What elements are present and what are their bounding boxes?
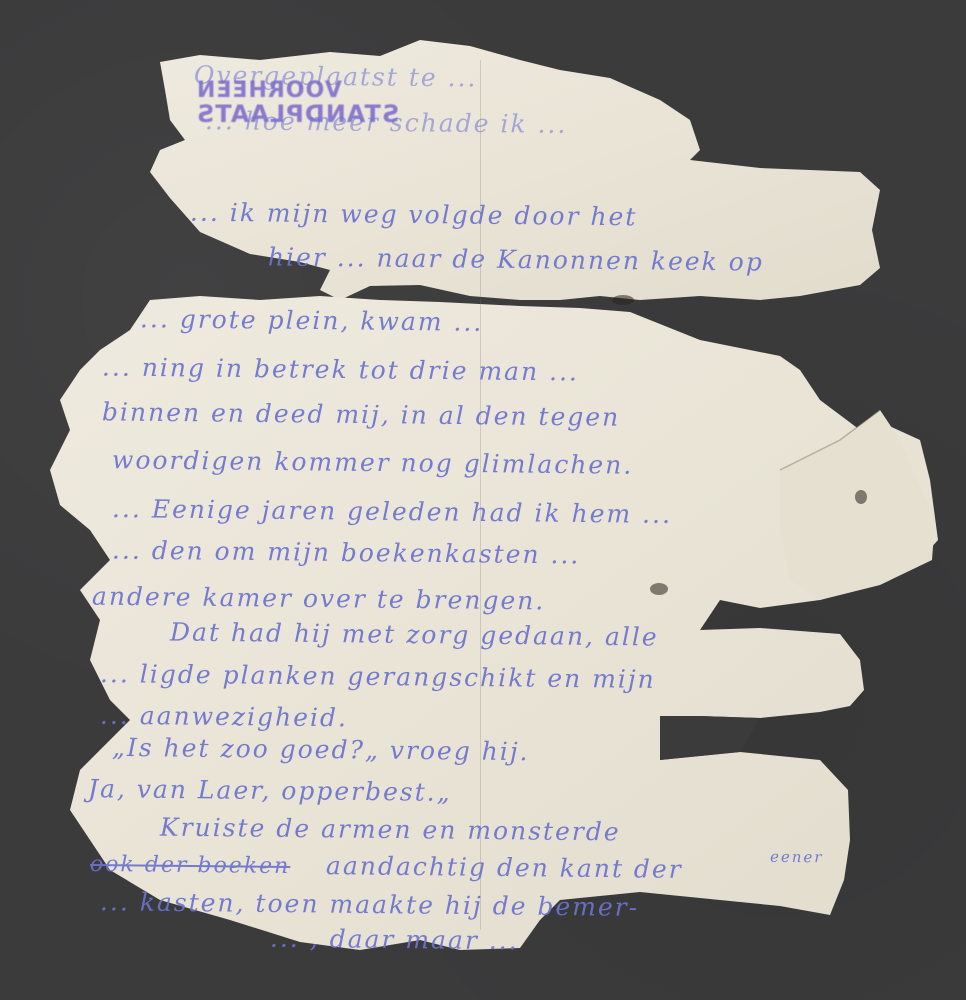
ink-stain bbox=[650, 583, 668, 595]
inserted-word: eener bbox=[770, 848, 824, 867]
handwritten-line: Ja, van Laer, opperbest.„ bbox=[88, 774, 452, 807]
handwritten-line: andere kamer over te brengen. bbox=[92, 582, 546, 616]
handwritten-line: ... ligde planken gerangschikt en mijn bbox=[100, 659, 656, 694]
struck-through-text: ook der boeken bbox=[90, 852, 291, 879]
handwritten-line: woordigen kommer nog glimlachen. bbox=[112, 445, 634, 479]
handwritten-line: „Is het zoo goed?„ vroeg hij. bbox=[112, 733, 530, 766]
handwritten-line: ... Eenige jaren geleden had ik hem ... bbox=[112, 494, 672, 529]
paper-fold-crease bbox=[480, 60, 481, 930]
handwritten-line: binnen en deed mij, in al den tegen bbox=[102, 397, 621, 431]
handwritten-line: hier ... naar de Kanonnen keek op bbox=[268, 242, 764, 276]
handwritten-line: ... hoe meer schade ik ... bbox=[205, 106, 568, 139]
handwritten-line: ... aanwezigheid. bbox=[100, 701, 348, 733]
handwritten-line: Overgeplaatst te ... bbox=[194, 61, 478, 93]
handwritten-line: ... ik mijn weg volgde door het bbox=[190, 198, 638, 232]
handwritten-line: ... grote plein, kwam ... bbox=[140, 304, 484, 337]
handwritten-line: Dat had hij met zorg gedaan, alle bbox=[170, 617, 659, 651]
handwritten-line: ... ning in betrek tot drie man ... bbox=[102, 353, 579, 387]
ink-stain bbox=[855, 490, 867, 504]
handwritten-line: ... den om mijn boekenkasten ... bbox=[112, 536, 581, 570]
handwritten-line: ... , daar maar ... bbox=[270, 924, 519, 956]
ink-stain bbox=[612, 295, 634, 305]
handwritten-line: ... kasten, toen maakte hij de bemer- bbox=[100, 887, 639, 922]
handwritten-line: Kruiste de armen en monsterde bbox=[160, 813, 621, 847]
handwritten-line: aandachtig den kant der bbox=[326, 851, 683, 884]
